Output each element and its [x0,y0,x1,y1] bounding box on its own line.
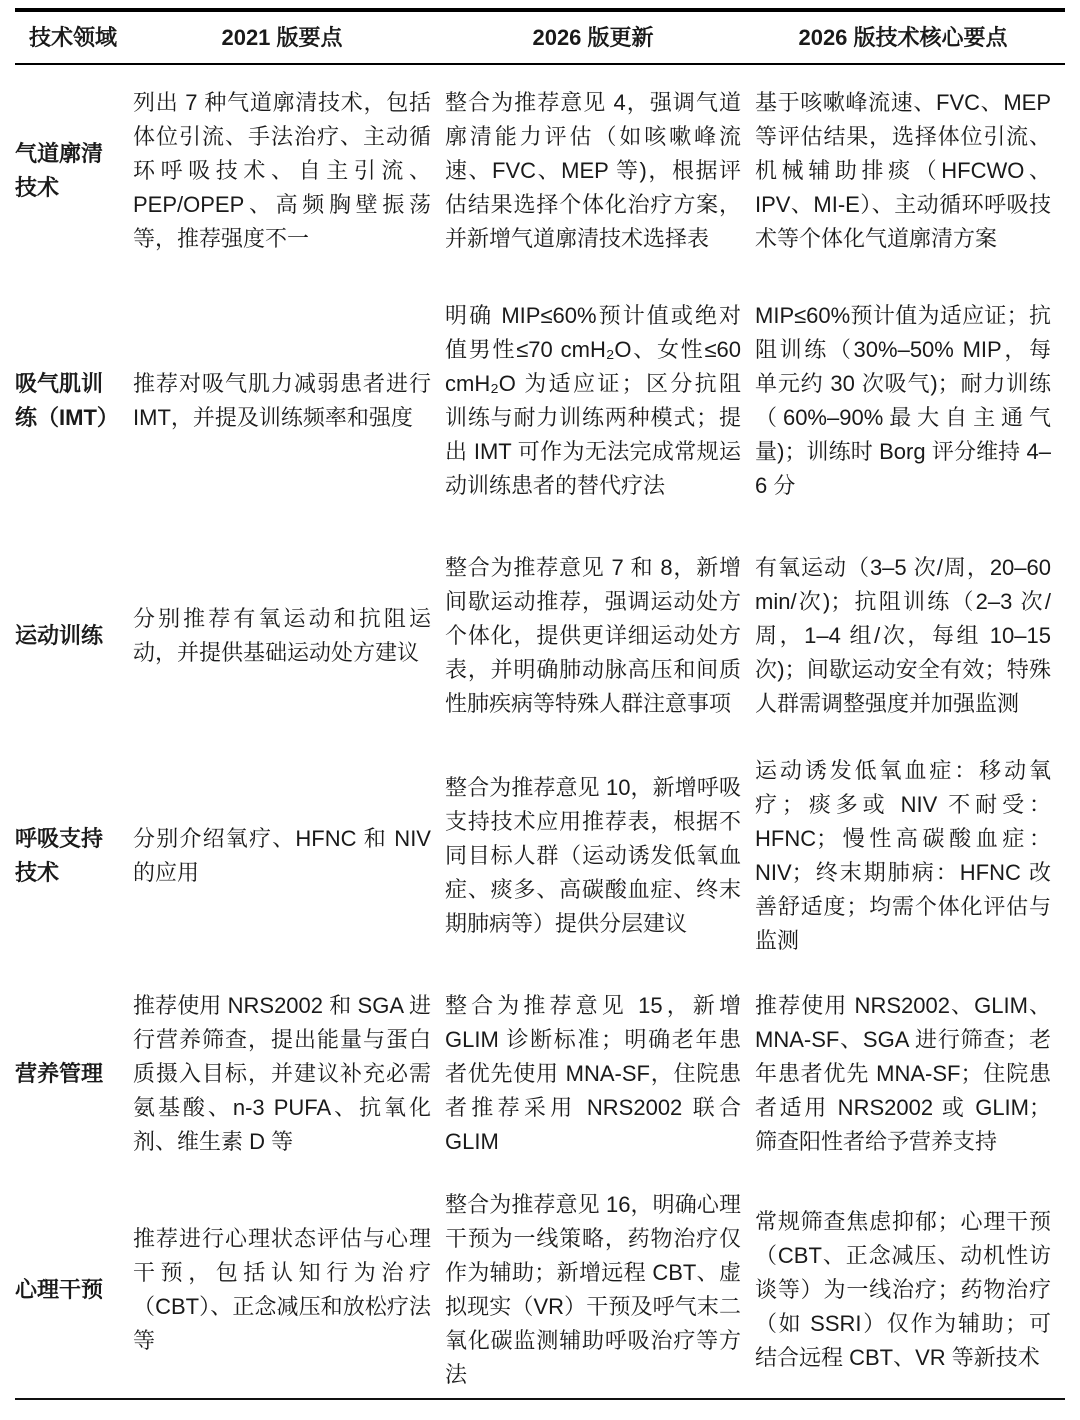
cell-2021-points: 分别推荐有氧运动和抗阻运动，并提供基础运动处方建议 [133,526,445,746]
cell-2026-update: 整合为推荐意见 10，新增呼吸支持技术应用推荐表，根据不同目标人群（运动诱发低氧… [445,746,755,966]
row-header: 心理干预 [15,1182,133,1399]
table-row-respiratory-support: 呼吸支持技术 分别介绍氧疗、HFNC 和 NIV 的应用 整合为推荐意见 10，… [15,746,1065,966]
header-row: 技术领域 2021 版要点 2026 版更新 2026 版技术核心要点 [15,10,1065,64]
table-row-imt: 吸气肌训练（IMT） 推荐对吸气肌力减弱患者进行 IMT，并提及训练频率和强度 … [15,276,1065,526]
cell-2021-points: 列出 7 种气道廓清技术，包括体位引流、手法治疗、主动循环呼吸技术、自主引流、P… [133,64,445,276]
cell-2026-core: 推荐使用 NRS2002、GLIM、MNA-SF、SGA 进行筛查；老年患者优先… [755,966,1065,1182]
cell-2026-core: MIP≤60%预计值为适应证；抗阻训练（30%–50% MIP，每单元约 30 … [755,276,1065,526]
cell-2021-points: 推荐对吸气肌力减弱患者进行 IMT，并提及训练频率和强度 [133,276,445,526]
column-header-2021-points: 2021 版要点 [133,10,445,64]
document-page: 技术领域 2021 版要点 2026 版更新 2026 版技术核心要点 气道廓清… [0,0,1080,1420]
cell-2026-core: 运动诱发低氧血症：移动氧疗；痰多或 NIV 不耐受：HFNC；慢性高碳酸血症：N… [755,746,1065,966]
cell-2026-core: 常规筛查焦虑抑郁；心理干预（CBT、正念减压、动机性访谈等）为一线治疗；药物治疗… [755,1182,1065,1399]
row-header: 气道廓清技术 [15,64,133,276]
cell-2026-update: 明确 MIP≤60%预计值或绝对值男性≤70 cmH₂O、女性≤60 cmH₂O… [445,276,755,526]
cell-2026-update: 整合为推荐意见 16，明确心理干预为一线策略，药物治疗仅作为辅助；新增远程 CB… [445,1182,755,1399]
column-header-domain: 技术领域 [15,10,133,64]
column-header-2026-core: 2026 版技术核心要点 [755,10,1065,64]
table-row-airway-clearance: 气道廓清技术 列出 7 种气道廓清技术，包括体位引流、手法治疗、主动循环呼吸技术… [15,64,1065,276]
cell-2026-update: 整合为推荐意见 15，新增 GLIM 诊断标准；明确老年患者优先使用 MNA-S… [445,966,755,1182]
guideline-comparison-table: 技术领域 2021 版要点 2026 版更新 2026 版技术核心要点 气道廓清… [15,8,1065,1400]
cell-2026-update: 整合为推荐意见 7 和 8，新增间歇运动推荐，强调运动处方个体化，提供更详细运动… [445,526,755,746]
table-row-nutrition-management: 营养管理 推荐使用 NRS2002 和 SGA 进行营养筛查，提出能量与蛋白质摄… [15,966,1065,1182]
row-header: 呼吸支持技术 [15,746,133,966]
cell-2026-core: 有氧运动（3–5 次/周，20–60 min/次)；抗阻训练（2–3 次/周，1… [755,526,1065,746]
table-row-exercise-training: 运动训练 分别推荐有氧运动和抗阻运动，并提供基础运动处方建议 整合为推荐意见 7… [15,526,1065,746]
cell-2021-points: 分别介绍氧疗、HFNC 和 NIV 的应用 [133,746,445,966]
row-header: 运动训练 [15,526,133,746]
cell-2021-points: 推荐进行心理状态评估与心理干预，包括认知行为治疗（CBT）、正念减压和放松疗法等 [133,1182,445,1399]
cell-2021-points: 推荐使用 NRS2002 和 SGA 进行营养筛查，提出能量与蛋白质摄入目标，并… [133,966,445,1182]
cell-2026-update: 整合为推荐意见 4，强调气道廓清能力评估（如咳嗽峰流速、FVC、MEP 等)，根… [445,64,755,276]
row-header: 营养管理 [15,966,133,1182]
row-header: 吸气肌训练（IMT） [15,276,133,526]
table-row-psychological-intervention: 心理干预 推荐进行心理状态评估与心理干预，包括认知行为治疗（CBT）、正念减压和… [15,1182,1065,1399]
column-header-2026-update: 2026 版更新 [445,10,755,64]
cell-2026-core: 基于咳嗽峰流速、FVC、MEP 等评估结果，选择体位引流、机械辅助排痰（HFCW… [755,64,1065,276]
